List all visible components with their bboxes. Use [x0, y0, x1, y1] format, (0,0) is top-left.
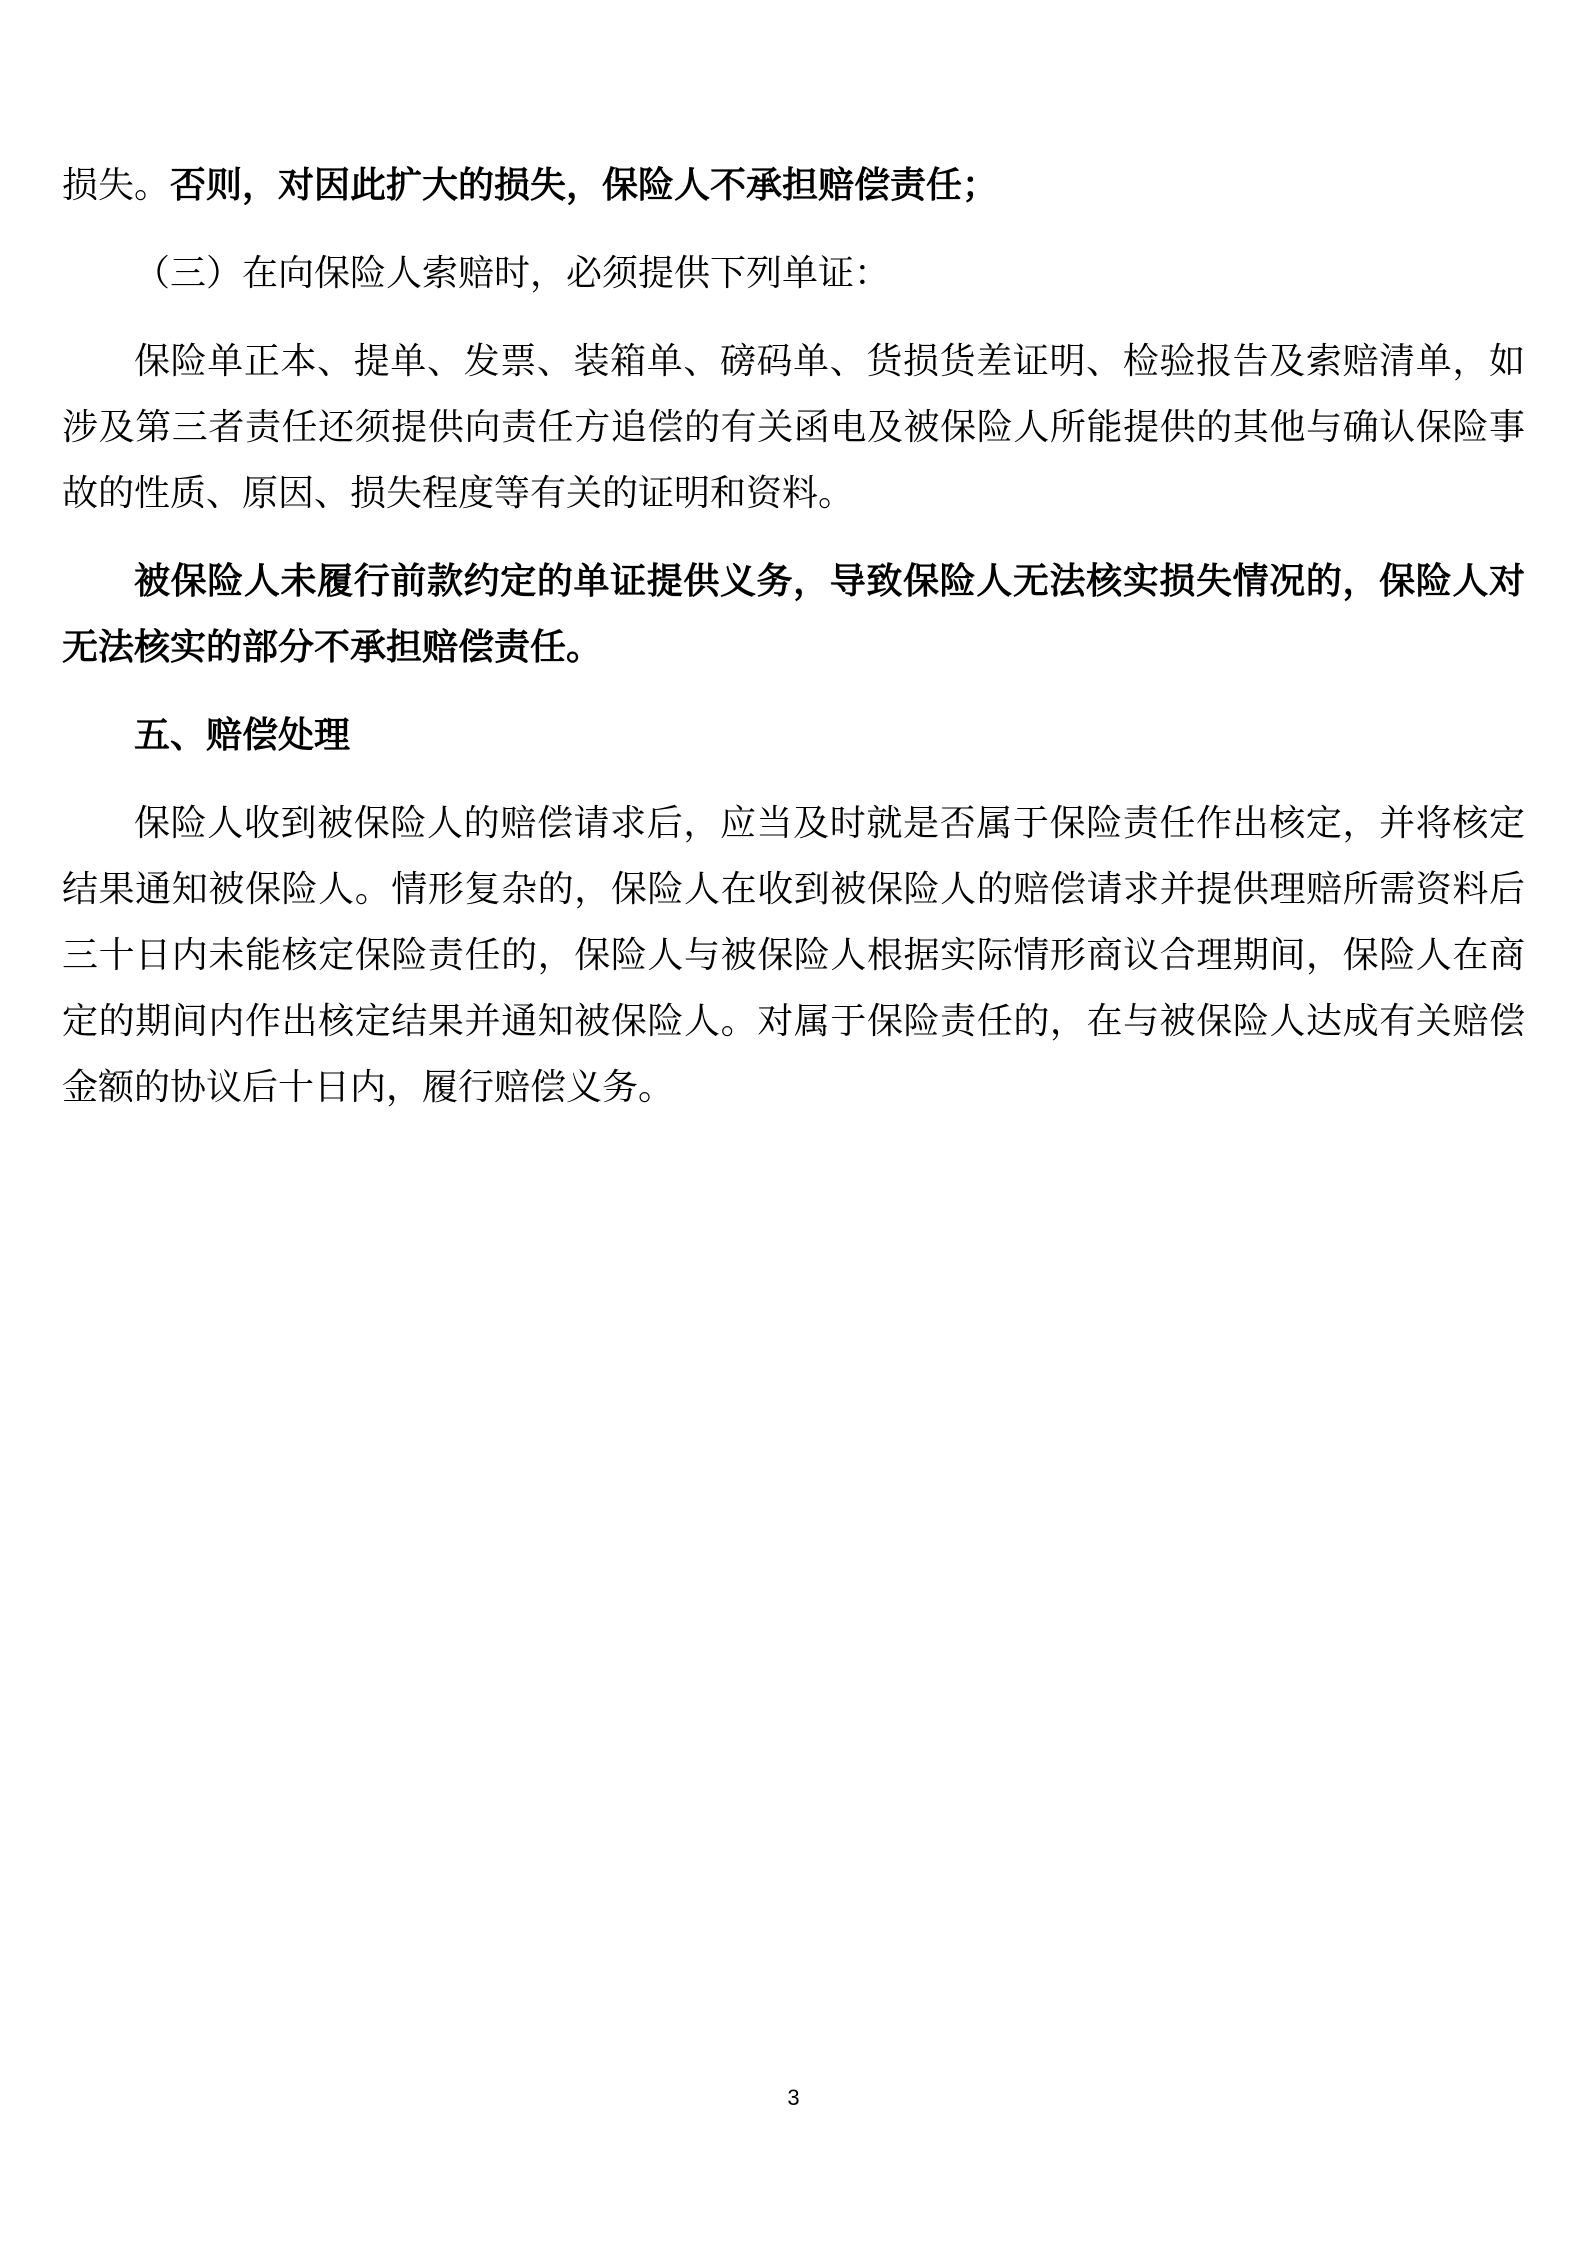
text-run: （三）在向保险人索赔时，必须提供下列单证：: [134, 252, 890, 293]
paragraph-item-three: （三）在向保险人索赔时，必须提供下列单证：: [62, 240, 1525, 306]
text-run-bold: 否则，对因此扩大的损失，保险人不承担赔偿责任；: [170, 164, 998, 205]
text-run: 损失。: [62, 164, 170, 205]
section-heading-compensation: 五、赔偿处理: [62, 702, 1525, 768]
text-run: 保险人收到被保险人的赔偿请求后，应当及时就是否属于保险责任作出核定，并将核定结果…: [62, 802, 1525, 1107]
page-footer: 3: [0, 2083, 1587, 2113]
document-body: 损失。否则，对因此扩大的损失，保险人不承担赔偿责任； （三）在向保险人索赔时，必…: [62, 152, 1525, 1120]
paragraph-obligation-bold: 被保险人未履行前款约定的单证提供义务，导致保险人无法核实损失情况的，保险人对无法…: [62, 548, 1525, 680]
text-run: 保险单正本、提单、发票、装箱单、磅码单、货损货差证明、检验报告及索赔清单，如涉及…: [62, 340, 1525, 513]
heading-text: 五、赔偿处理: [134, 714, 350, 755]
document-page: 损失。否则，对因此扩大的损失，保险人不承担赔偿责任； （三）在向保险人索赔时，必…: [0, 0, 1587, 2245]
paragraph-documents-list: 保险单正本、提单、发票、装箱单、磅码单、货损货差证明、检验报告及索赔清单，如涉及…: [62, 328, 1525, 526]
page-number: 3: [787, 2085, 799, 2110]
text-run-bold: 被保险人未履行前款约定的单证提供义务，导致保险人无法核实损失情况的，保险人对无法…: [62, 560, 1525, 667]
paragraph-continuation: 损失。否则，对因此扩大的损失，保险人不承担赔偿责任；: [62, 152, 1525, 218]
paragraph-claim-handling: 保险人收到被保险人的赔偿请求后，应当及时就是否属于保险责任作出核定，并将核定结果…: [62, 790, 1525, 1120]
